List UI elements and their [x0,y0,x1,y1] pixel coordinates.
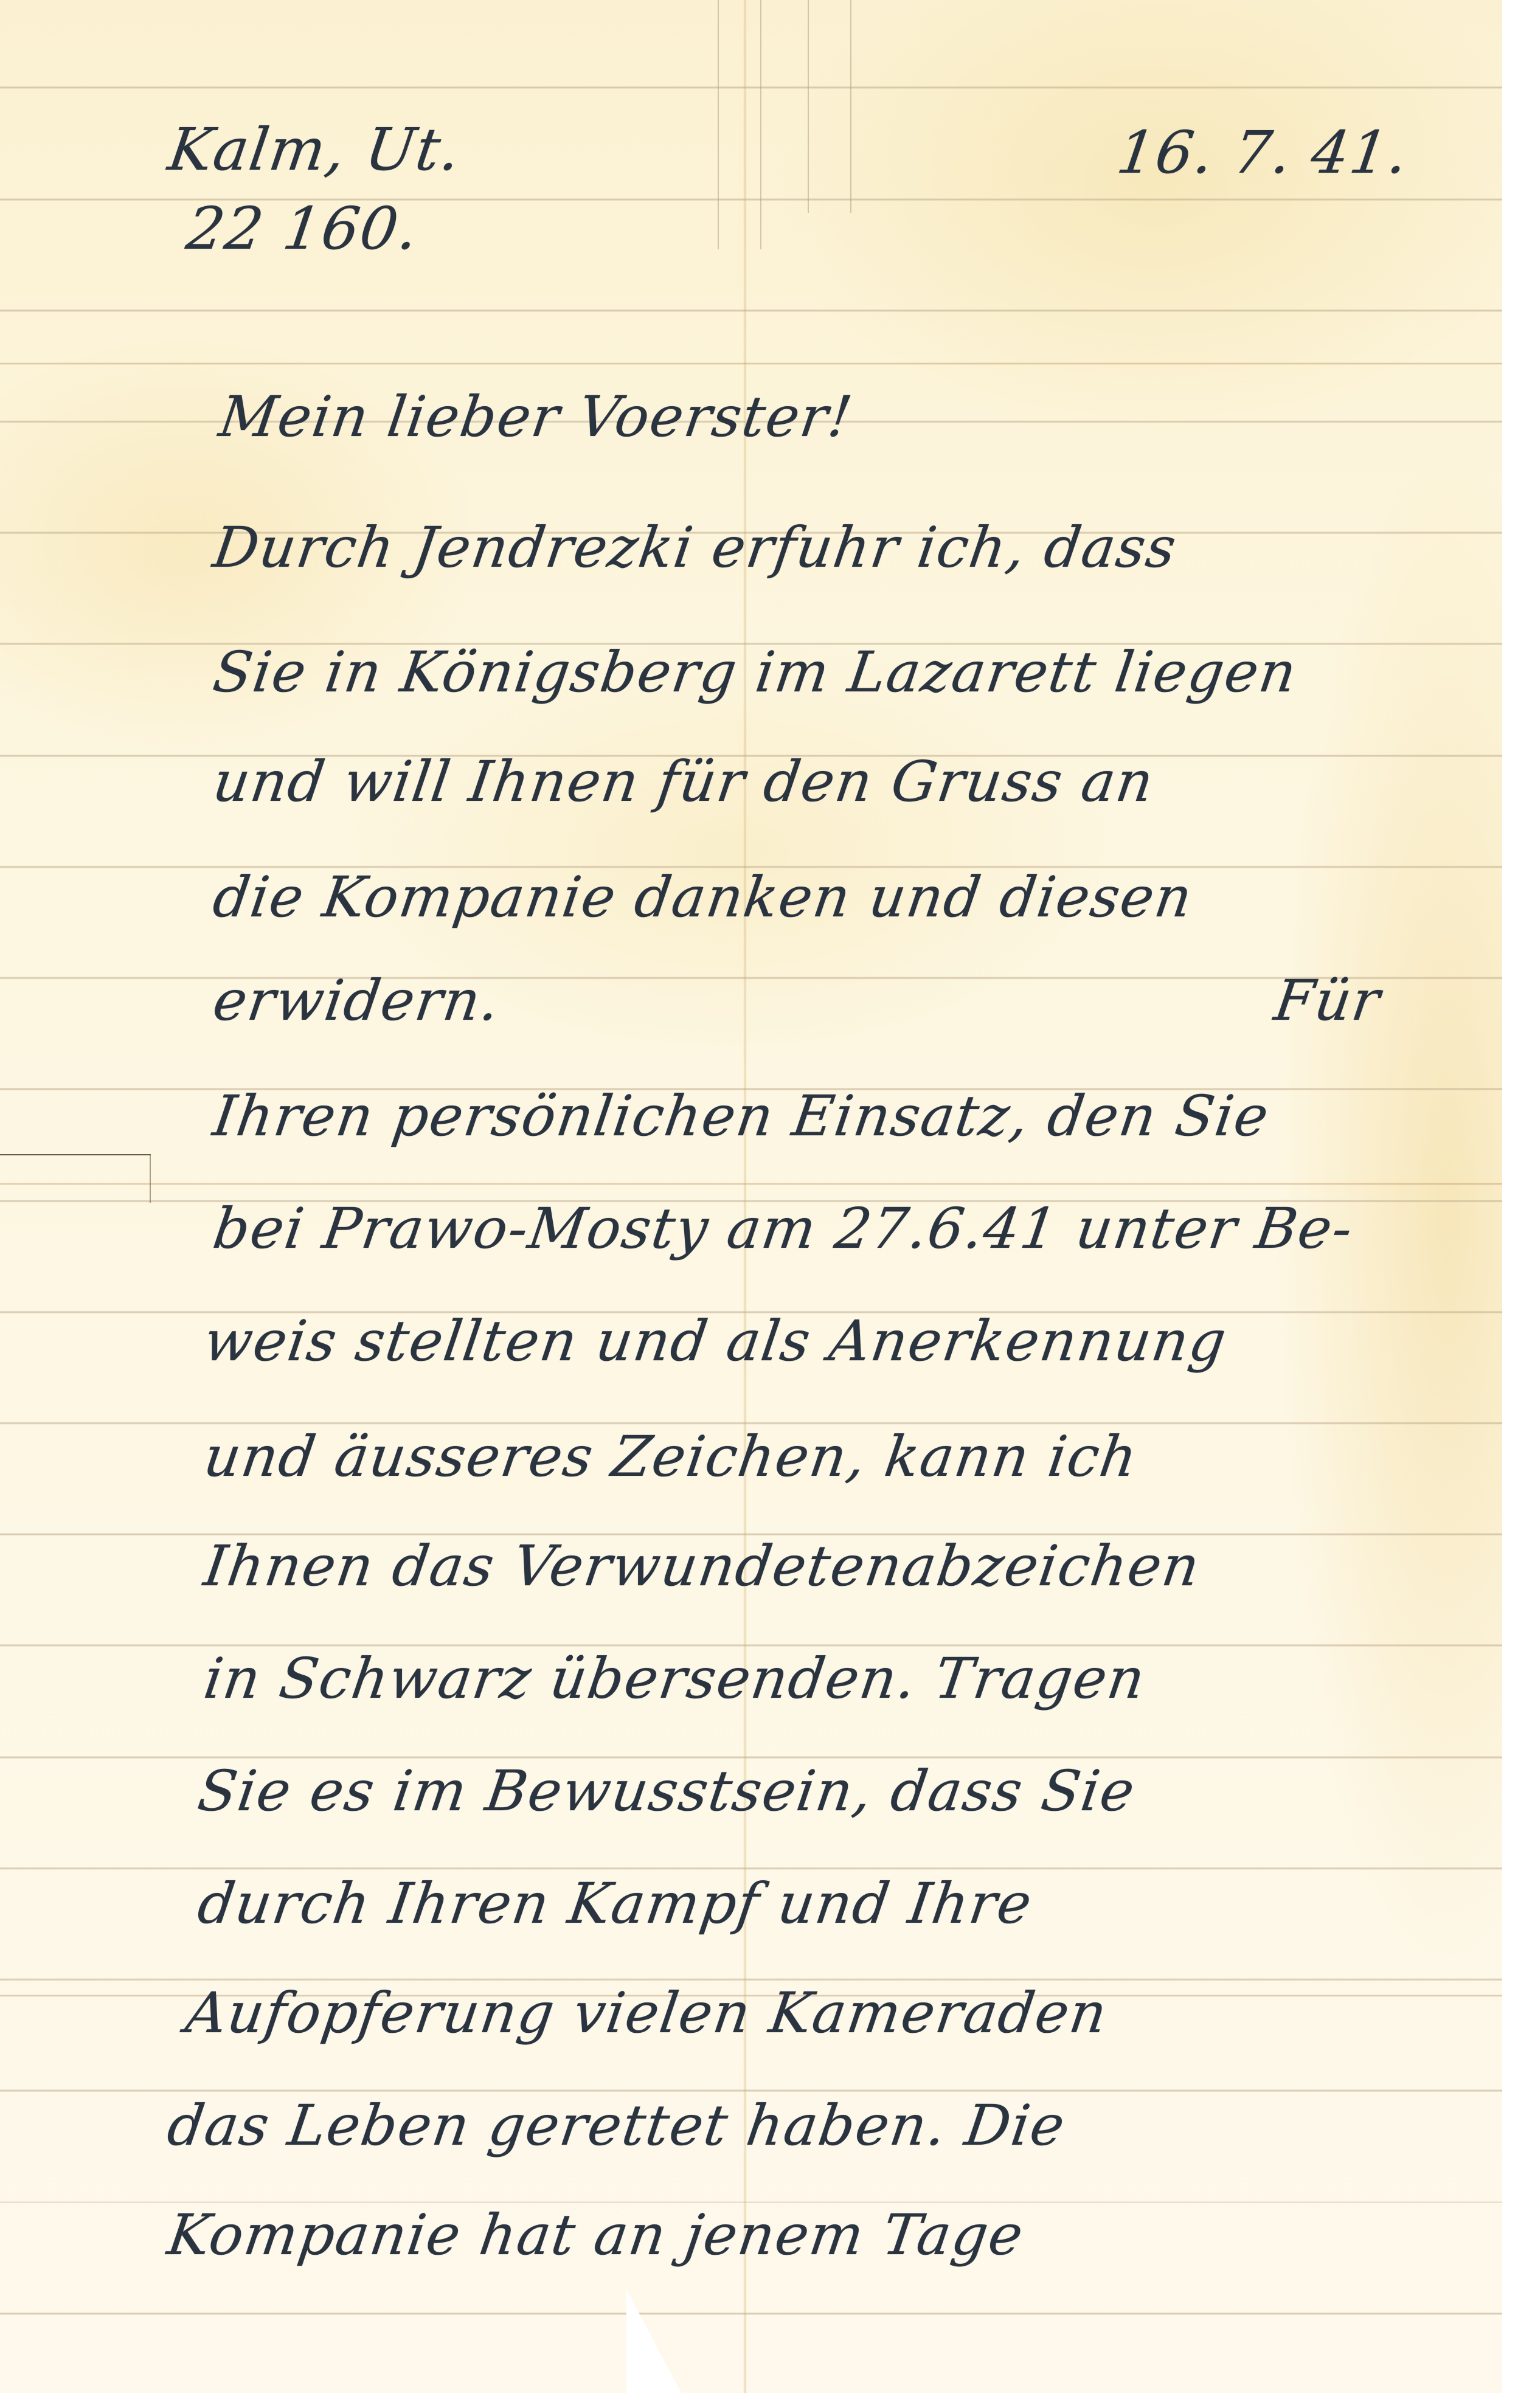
body-line: und will Ihnen für den Gruss an [210,754,1157,810]
sender-location: Kalm, Ut. [164,116,465,184]
paper-bottom-tear [626,2289,681,2393]
body-line: weis stellten und als Anerkennung [201,1313,1230,1369]
body-line: Aufopferung vielen Kameraden [182,1985,1111,2041]
paper-tear-edge-vertical [150,1154,151,1203]
body-line: in Schwarz übersenden. Tragen [201,1651,1149,1707]
body-line: Ihren persönlichen Einsatz, den Sie [210,1088,1273,1144]
body-line: und äusseres Zeichen, kann ich [201,1429,1142,1485]
letter-sheet: Kalm, Ut. 22 160. 16. 7. 41. Mein lieber… [0,0,1502,2393]
salutation: Mein lieber Voerster! [216,389,856,445]
letter-date: 16. 7. 41. [1113,119,1413,187]
margin-stripes [718,0,851,249]
fold-crease-top [0,362,1502,365]
body-line: Durch Jendrezki erfuhr ich, dass [210,520,1180,576]
fold-crease-middle [0,1183,1502,1185]
body-line: Sie in Königsberg im Lazarett liegen [210,645,1301,701]
body-line: Kompanie hat an jenem Tage [164,2207,1027,2263]
body-line: durch Ihren Kampf und Ihre [195,1876,1036,1932]
body-line: Für [1271,973,1384,1029]
sender-field-post-number: 22 160. [182,195,423,263]
paper-tear-edge [0,1154,151,1155]
body-line: erwidern. [210,973,504,1029]
body-line: Ihnen das Verwundetenabzeichen [201,1538,1204,1594]
body-line: die Kompanie danken und diesen [210,870,1196,925]
body-line: das Leben gerettet haben. Die [164,2098,1069,2154]
body-line: bei Prawo-Mosty am 27.6.41 unter Be- [210,1201,1357,1257]
body-line: Sie es im Bewusstsein, dass Sie [195,1763,1138,1819]
